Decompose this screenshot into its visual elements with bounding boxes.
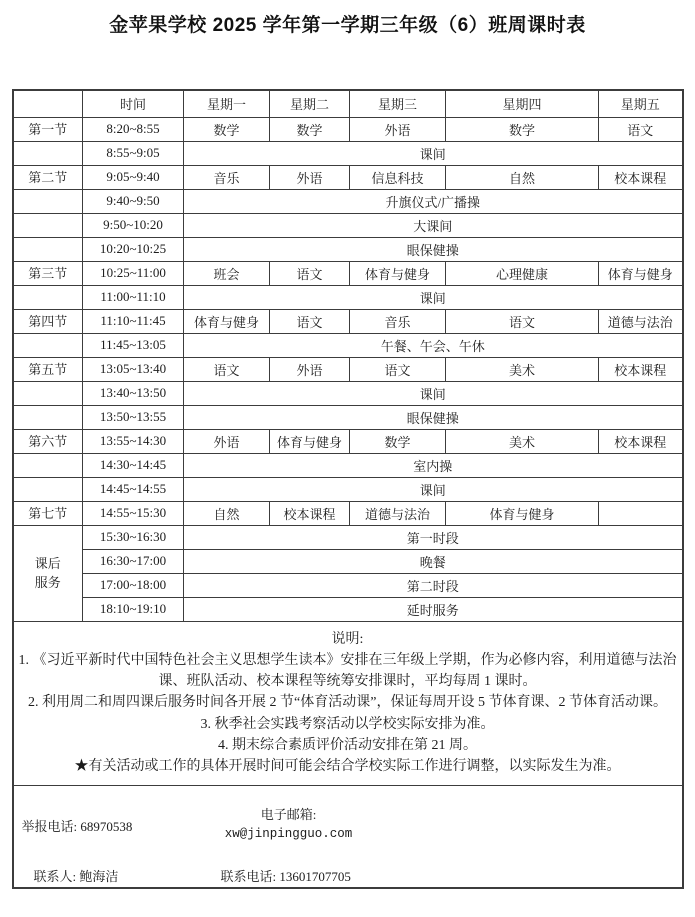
subject-cell: 美术	[446, 357, 599, 381]
header-cell-wednesday: 星期三	[350, 90, 446, 117]
period-cell: 第一节	[13, 117, 83, 141]
time-cell: 13:05~13:40	[83, 357, 184, 381]
subject-cell: 数学	[446, 117, 599, 141]
break-cell: 课间	[184, 477, 683, 501]
note-item-4: 4. 期末综合素质评价活动安排在第 21 周。	[14, 735, 682, 756]
schedule-row: 第一节8:20~8:55数学数学外语数学语文	[13, 117, 683, 141]
schedule-table: 时间 星期一 星期二 星期三 星期四 星期五 第一节8:20~8:55数学数学外…	[12, 89, 684, 889]
period-cell	[13, 285, 83, 309]
subject-cell: 班会	[184, 261, 270, 285]
schedule-row: 13:50~13:55眼保健操	[13, 405, 683, 429]
schedule-row: 9:40~9:50升旗仪式/广播操	[13, 189, 683, 213]
note-item-3: 3. 秋季社会实践考察活动以学校实际安排为准。	[14, 714, 682, 735]
header-cell-thursday: 星期四	[446, 90, 599, 117]
period-cell	[13, 189, 83, 213]
period-cell: 第五节	[13, 357, 83, 381]
note-item-star: ★有关活动或工作的具体开展时间可能会结合学校实际工作进行调整，以实际发生为准。	[14, 756, 682, 777]
schedule-row: 9:50~10:20大课间	[13, 213, 683, 237]
schedule-row: 16:30~17:00晚餐	[13, 549, 683, 573]
contact-phone: 联系电话: 13601707705	[221, 866, 351, 885]
time-cell: 14:55~15:30	[83, 501, 184, 525]
period-cell: 课后 服务	[13, 525, 83, 621]
schedule-row: 10:20~10:25眼保健操	[13, 237, 683, 261]
time-cell: 9:05~9:40	[83, 165, 184, 189]
email-label: 电子邮箱:	[209, 804, 369, 823]
notes-row: 说明: 1. 《习近平新时代中国特色社会主义思想学生读本》安排在三年级上学期，作…	[13, 621, 683, 785]
schedule-row: 第六节13:55~14:30外语体育与健身数学美术校本课程	[13, 429, 683, 453]
time-cell: 8:55~9:05	[83, 141, 184, 165]
subject-cell: 外语	[270, 165, 350, 189]
break-cell: 延时服务	[184, 597, 683, 621]
email-value: xw@jinpingguo.com	[199, 827, 379, 841]
subject-cell: 外语	[270, 357, 350, 381]
subject-cell: 道德与法治	[599, 309, 683, 333]
period-cell: 第三节	[13, 261, 83, 285]
break-cell: 课间	[184, 381, 683, 405]
time-cell: 8:20~8:55	[83, 117, 184, 141]
break-cell: 室内操	[184, 453, 683, 477]
contact-row: 举报电话: 68970538 电子邮箱: xw@jinpingguo.com 联…	[13, 785, 683, 888]
break-cell: 升旗仪式/广播操	[184, 189, 683, 213]
schedule-row: 11:00~11:10课间	[13, 285, 683, 309]
period-cell: 第二节	[13, 165, 83, 189]
schedule-row: 11:45~13:05午餐、午会、午休	[13, 333, 683, 357]
subject-cell: 音乐	[350, 309, 446, 333]
page-title: 金苹果学校 2025 学年第一学期三年级（6）班周课时表	[0, 13, 695, 39]
subject-cell: 体育与健身	[350, 261, 446, 285]
schedule-row: 8:55~9:05课间	[13, 141, 683, 165]
schedule-row: 第五节13:05~13:40语文外语语文美术校本课程	[13, 357, 683, 381]
header-cell-time: 时间	[83, 90, 184, 117]
time-cell: 11:00~11:10	[83, 285, 184, 309]
period-cell	[13, 333, 83, 357]
period-cell	[13, 477, 83, 501]
subject-cell: 语文	[446, 309, 599, 333]
period-cell	[13, 237, 83, 261]
subject-cell: 数学	[350, 429, 446, 453]
period-cell	[13, 141, 83, 165]
note-item-1: 1. 《习近平新时代中国特色社会主义思想学生读本》安排在三年级上学期，作为必修内…	[14, 650, 682, 692]
schedule-row: 17:00~18:00第二时段	[13, 573, 683, 597]
period-cell: 第四节	[13, 309, 83, 333]
period-cell: 第七节	[13, 501, 83, 525]
subject-cell: 数学	[184, 117, 270, 141]
header-cell-tuesday: 星期二	[270, 90, 350, 117]
subject-cell: 美术	[446, 429, 599, 453]
break-cell: 晚餐	[184, 549, 683, 573]
subject-cell: 道德与法治	[350, 501, 446, 525]
time-cell: 10:20~10:25	[83, 237, 184, 261]
schedule-row: 课后 服务15:30~16:30第一时段	[13, 525, 683, 549]
break-cell: 眼保健操	[184, 405, 683, 429]
schedule-row: 18:10~19:10延时服务	[13, 597, 683, 621]
break-cell: 大课间	[184, 213, 683, 237]
period-cell	[13, 453, 83, 477]
subject-cell: 语文	[270, 261, 350, 285]
break-cell: 午餐、午会、午休	[184, 333, 683, 357]
subject-cell: 语文	[599, 117, 683, 141]
subject-cell: 外语	[350, 117, 446, 141]
subject-cell: 信息科技	[350, 165, 446, 189]
time-cell: 13:55~14:30	[83, 429, 184, 453]
schedule-row: 第三节10:25~11:00班会语文体育与健身心理健康体育与健身	[13, 261, 683, 285]
header-row: 时间 星期一 星期二 星期三 星期四 星期五	[13, 90, 683, 117]
report-phone: 举报电话: 68970538	[22, 816, 133, 835]
break-cell: 课间	[184, 141, 683, 165]
subject-cell: 校本课程	[599, 165, 683, 189]
schedule-row: 第四节11:10~11:45体育与健身语文音乐语文道德与法治	[13, 309, 683, 333]
time-cell: 18:10~19:10	[83, 597, 184, 621]
period-cell: 第六节	[13, 429, 83, 453]
time-cell: 14:30~14:45	[83, 453, 184, 477]
subject-cell: 自然	[446, 165, 599, 189]
subject-cell: 校本课程	[270, 501, 350, 525]
break-cell: 第一时段	[184, 525, 683, 549]
subject-cell: 体育与健身	[446, 501, 599, 525]
time-cell: 13:50~13:55	[83, 405, 184, 429]
contact-person: 联系人: 鲍海洁	[34, 866, 119, 885]
break-cell: 课间	[184, 285, 683, 309]
break-cell: 眼保健操	[184, 237, 683, 261]
period-cell	[13, 405, 83, 429]
time-cell: 15:30~16:30	[83, 525, 184, 549]
notes-heading: 说明:	[14, 629, 682, 650]
time-cell: 9:50~10:20	[83, 213, 184, 237]
note-item-2: 2. 利用周二和周四课后服务时间各开展 2 节“体育活动课”，保证每周开设 5 …	[14, 692, 682, 713]
subject-cell: 语文	[184, 357, 270, 381]
time-cell: 16:30~17:00	[83, 549, 184, 573]
break-cell: 第二时段	[184, 573, 683, 597]
subject-cell: 校本课程	[599, 429, 683, 453]
subject-cell: 语文	[270, 309, 350, 333]
subject-cell: 体育与健身	[184, 309, 270, 333]
schedule-row: 第二节9:05~9:40音乐外语信息科技自然校本课程	[13, 165, 683, 189]
subject-cell	[599, 501, 683, 525]
header-cell-friday: 星期五	[599, 90, 683, 117]
subject-cell: 外语	[184, 429, 270, 453]
period-cell	[13, 213, 83, 237]
contact-section: 举报电话: 68970538 电子邮箱: xw@jinpingguo.com 联…	[13, 785, 683, 888]
time-cell: 13:40~13:50	[83, 381, 184, 405]
time-cell: 9:40~9:50	[83, 189, 184, 213]
time-cell: 11:10~11:45	[83, 309, 184, 333]
subject-cell: 校本课程	[599, 357, 683, 381]
subject-cell: 语文	[350, 357, 446, 381]
schedule-row: 第七节14:55~15:30自然校本课程道德与法治体育与健身	[13, 501, 683, 525]
notes-section: 说明: 1. 《习近平新时代中国特色社会主义思想学生读本》安排在三年级上学期，作…	[13, 621, 683, 785]
schedule-row: 14:45~14:55课间	[13, 477, 683, 501]
schedule-row: 14:30~14:45室内操	[13, 453, 683, 477]
schedule-row: 13:40~13:50课间	[13, 381, 683, 405]
subject-cell: 音乐	[184, 165, 270, 189]
time-cell: 11:45~13:05	[83, 333, 184, 357]
time-cell: 10:25~11:00	[83, 261, 184, 285]
subject-cell: 自然	[184, 501, 270, 525]
time-cell: 17:00~18:00	[83, 573, 184, 597]
subject-cell: 体育与健身	[599, 261, 683, 285]
header-cell-monday: 星期一	[184, 90, 270, 117]
time-cell: 14:45~14:55	[83, 477, 184, 501]
subject-cell: 体育与健身	[270, 429, 350, 453]
subject-cell: 数学	[270, 117, 350, 141]
subject-cell: 心理健康	[446, 261, 599, 285]
header-cell-corner	[13, 90, 83, 117]
period-cell	[13, 381, 83, 405]
